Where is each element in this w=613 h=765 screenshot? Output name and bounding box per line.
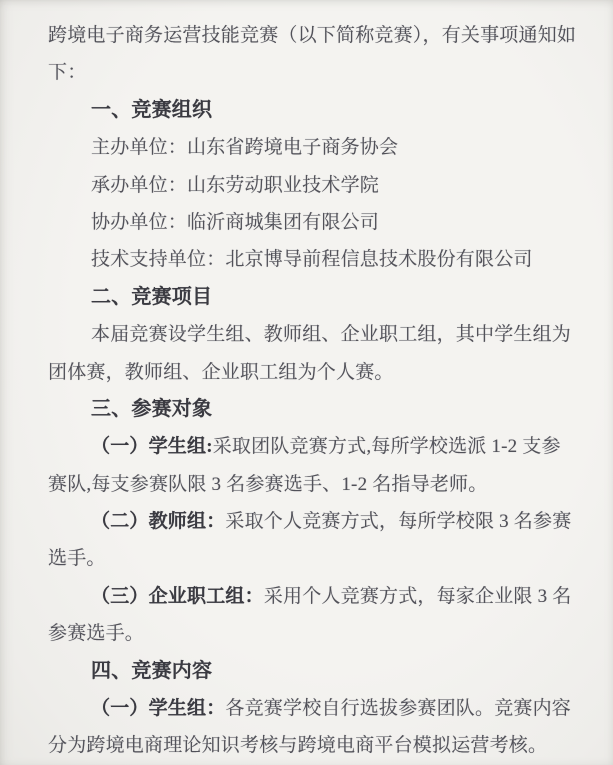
document-line: 赛队,每支参赛队限 3 名参赛选手、1-2 名指导老师。	[48, 466, 573, 503]
line-text: 参赛选手。	[48, 623, 144, 644]
document-line: 主办单位：山东省跨境电子商务协会	[48, 129, 573, 166]
document-line: （三）企业职工组：采用个人竞赛方式，每家企业限 3 名	[48, 578, 573, 615]
section-heading-line: 一、竞赛组织	[48, 92, 573, 129]
line-text: 协办单位：临沂商城集团有限公司	[91, 212, 379, 233]
line-text: 团体赛，教师组、企业职工组为个人赛。	[48, 362, 394, 383]
line-text: 赛队,每支参赛队限 3 名参赛选手、1-2 名指导老师。	[48, 474, 487, 495]
section-heading-text: 四、竞赛内容	[91, 660, 212, 682]
line-bold-text: （一）学生组：	[91, 698, 225, 719]
document-line: 分为跨境电商理论知识考核与跨境电商平台模拟运营考核。	[48, 727, 573, 764]
line-text: 技术支持单位：北京博导前程信息技术股份有限公司	[91, 249, 533, 270]
line-bold-text: （一）学生组:	[91, 436, 213, 457]
section-heading-line: 四、竞赛内容	[48, 653, 573, 690]
line-text: 采取团队竞赛方式,每所学校选派 1-2 支参	[213, 436, 561, 457]
line-bold-text: （三）企业职工组：	[91, 586, 264, 607]
line-text: 选手。	[48, 548, 106, 569]
line-text: 采用个人竞赛方式，每家企业限 3 名	[264, 586, 572, 607]
section-heading-text: 三、参赛对象	[91, 398, 212, 420]
line-text: 分为跨境电商理论知识考核与跨境电商平台模拟运营考核。	[48, 735, 547, 756]
document-line: 本届竞赛设学生组、教师组、企业职工组，其中学生组为	[48, 316, 573, 353]
line-text: 主办单位：山东省跨境电子商务协会	[91, 137, 398, 158]
document-line: （一）学生组:采取团队竞赛方式,每所学校选派 1-2 支参	[48, 428, 573, 465]
line-text: 本届竞赛设学生组、教师组、企业职工组，其中学生组为	[91, 324, 571, 345]
line-text: 采取个人竞赛方式，每所学校限 3 名参赛	[225, 511, 571, 532]
line-text: 承办单位：山东劳动职业技术学院	[91, 175, 379, 196]
document-line: 下：	[48, 54, 573, 91]
line-text: 跨境电子商务运营技能竞赛（以下简称竞赛），有关事项通知如	[48, 25, 576, 46]
document-line: （一）学生组：各竞赛学校自行选拔参赛团队。竞赛内容	[48, 690, 573, 727]
document-line: 技术支持单位：北京博导前程信息技术股份有限公司	[48, 241, 573, 278]
line-text: 各竞赛学校自行选拔参赛团队。竞赛内容	[225, 698, 571, 719]
document-body: 跨境电子商务运营技能竞赛（以下简称竞赛），有关事项通知如下：一、竞赛组织主办单位…	[48, 17, 573, 765]
document-line: 参赛选手。	[48, 615, 573, 652]
section-heading-line: 三、参赛对象	[48, 391, 573, 428]
document-line: 选手。	[48, 540, 573, 577]
document-line: 承办单位：山东劳动职业技术学院	[48, 167, 573, 204]
section-heading-text: 一、竞赛组织	[91, 99, 212, 121]
document-line: 团体赛，教师组、企业职工组为个人赛。	[48, 354, 573, 391]
document-line: （二）教师组：采取个人竞赛方式，每所学校限 3 名参赛	[48, 503, 573, 540]
line-bold-text: （二）教师组：	[91, 511, 225, 532]
scanned-notice-page: 跨境电子商务运营技能竞赛（以下简称竞赛），有关事项通知如下：一、竞赛组织主办单位…	[0, 0, 613, 765]
section-heading-line: 二、竞赛项目	[48, 279, 573, 316]
document-line: 跨境电子商务运营技能竞赛（以下简称竞赛），有关事项通知如	[48, 17, 573, 54]
section-heading-text: 二、竞赛项目	[91, 286, 212, 308]
line-text: 下：	[48, 62, 86, 83]
document-line: 协办单位：临沂商城集团有限公司	[48, 204, 573, 241]
